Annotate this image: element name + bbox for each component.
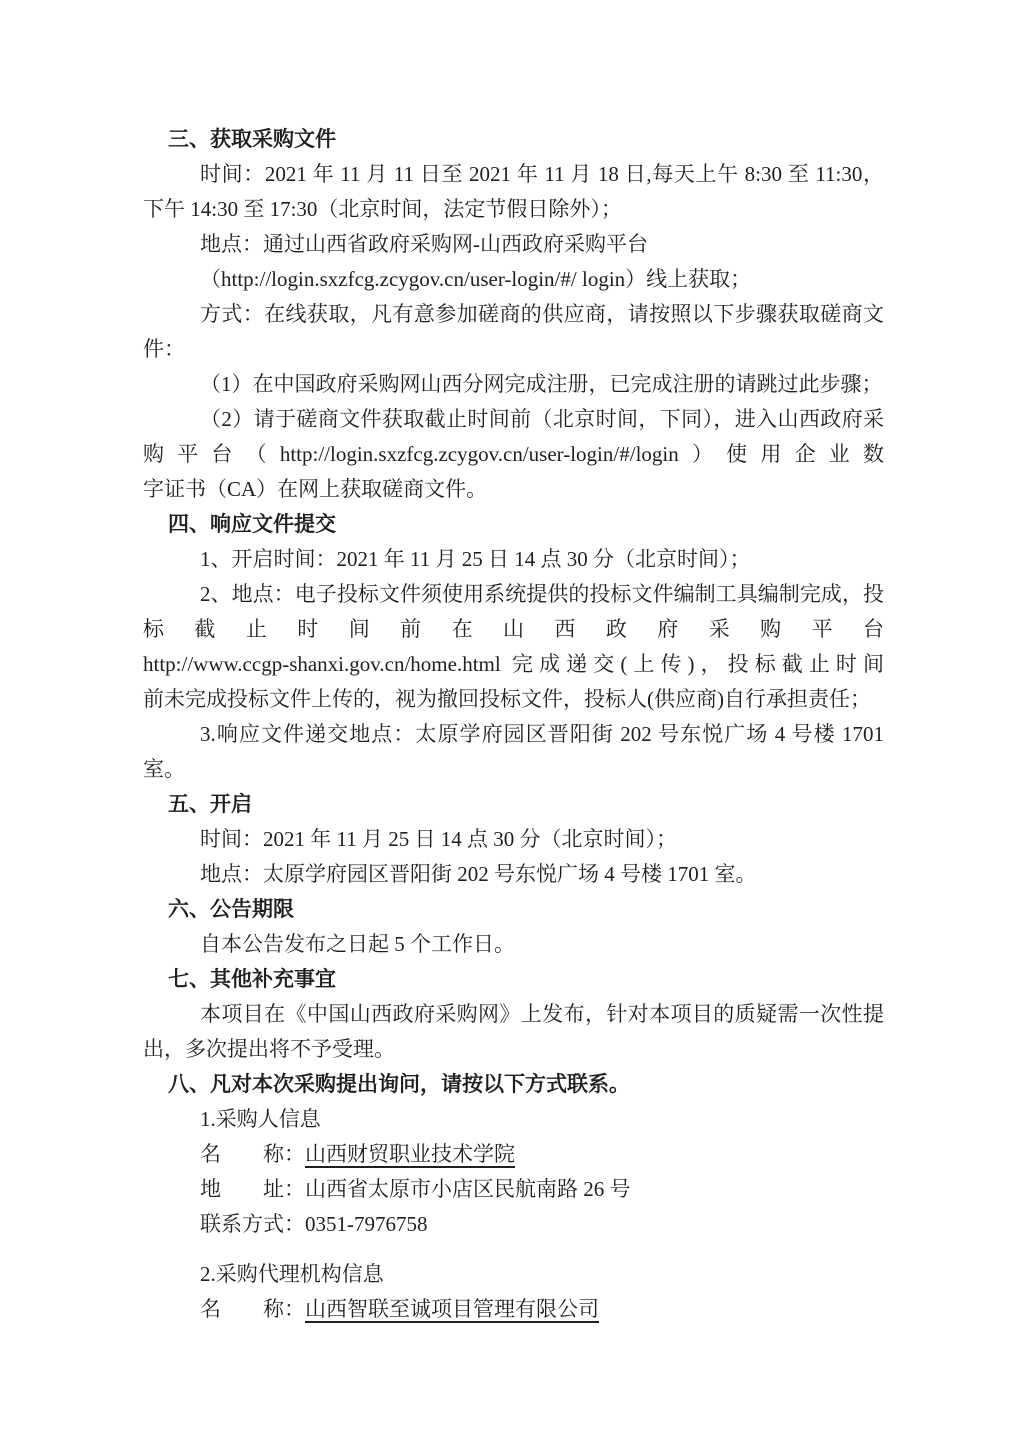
text-line: 1、开启时间：2021 年 11 月 25 日 14 点 30 分（北京时间）； [143, 542, 884, 577]
text-line: 购平台（http://login.sxzfcg.zcygov.cn/user-l… [143, 437, 884, 472]
text-line: 2.采购代理机构信息 [143, 1257, 884, 1292]
text-line: 室。 [143, 752, 884, 787]
text-line: 下午 14:30 至 17:30（北京时间，法定节假日除外）； [143, 192, 884, 227]
text-line: 前未完成投标文件上传的，视为撤回投标文件，投标人(供应商)自行承担责任； [143, 682, 884, 717]
contact-field-row: 联系方式：0351-7976758 [143, 1207, 884, 1242]
text-line: 标 截 止 时 间 前 在 山 西 政 府 采 购 平 台 [143, 612, 884, 647]
section-heading: 四、响应文件提交 [143, 507, 884, 542]
text-line: （1）在中国政府采购网山西分网完成注册，已完成注册的请跳过此步骤； [143, 367, 884, 402]
section-heading: 六、公告期限 [143, 892, 884, 927]
text-line: 时间：2021 年 11 月 25 日 14 点 30 分（北京时间）； [143, 822, 884, 857]
text-line: 件： [143, 332, 884, 367]
text-line: 3.响应文件递交地点：太原学府园区晋阳街 202 号东悦广场 4 号楼 1701 [143, 717, 884, 752]
text-line: 方式：在线获取，凡有意参加磋商的供应商，请按照以下步骤获取磋商文 [143, 297, 884, 332]
text-line: 字证书（CA）在网上获取磋商文件。 [143, 472, 884, 507]
text-line: 地点：太原学府园区晋阳街 202 号东悦广场 4 号楼 1701 室。 [143, 857, 884, 892]
contact-field-row: 地 址：山西省太原市小店区民航南路 26 号 [143, 1172, 884, 1207]
field-label: 联系方式： [200, 1212, 305, 1236]
text-line: 2、地点：电子投标文件须使用系统提供的投标文件编制工具编制完成，投 [143, 577, 884, 612]
text-line: 出，多次提出将不予受理。 [143, 1032, 884, 1067]
text-line: （http://login.sxzfcg.zcygov.cn/user-logi… [143, 262, 884, 297]
contact-field-row: 名 称：山西财贸职业技术学院 [143, 1137, 884, 1172]
document-content: 三、获取采购文件时间：2021 年 11 月 11 日至 2021 年 11 月… [143, 122, 884, 1327]
section-heading: 五、开启 [143, 787, 884, 822]
field-value: 山西智联至诚项目管理有限公司 [305, 1297, 599, 1321]
text-line: 自本公告发布之日起 5 个工作日。 [143, 927, 884, 962]
field-label: 名 称： [200, 1297, 305, 1321]
field-value: 山西省太原市小店区民航南路 26 号 [305, 1177, 631, 1201]
field-value: 山西财贸职业技术学院 [305, 1142, 515, 1166]
section-heading: 七、其他补充事宜 [143, 962, 884, 997]
text-line: 本项目在《中国山西政府采购网》上发布，针对本项目的质疑需一次性提 [143, 997, 884, 1032]
text-line: （2）请于磋商文件获取截止时间前（北京时间，下同），进入山西政府采 [143, 402, 884, 437]
text-line: 时间：2021 年 11 月 11 日至 2021 年 11 月 18 日,每天… [143, 157, 884, 192]
document-page: 三、获取采购文件时间：2021 年 11 月 11 日至 2021 年 11 月… [0, 0, 1024, 1448]
field-value: 0351-7976758 [305, 1212, 428, 1236]
text-line: 1.采购人信息 [143, 1102, 884, 1137]
section-heading: 三、获取采购文件 [143, 122, 884, 157]
contact-field-row: 名 称：山西智联至诚项目管理有限公司 [143, 1292, 884, 1327]
field-label: 地 址： [200, 1177, 305, 1201]
section-heading: 八、凡对本次采购提出询问，请按以下方式联系。 [143, 1067, 884, 1102]
field-label: 名 称： [200, 1142, 305, 1166]
text-line: 地点：通过山西省政府采购网-山西政府采购平台 [143, 227, 884, 262]
text-line: http://www.ccgp-shanxi.gov.cn/home.html … [143, 647, 884, 682]
